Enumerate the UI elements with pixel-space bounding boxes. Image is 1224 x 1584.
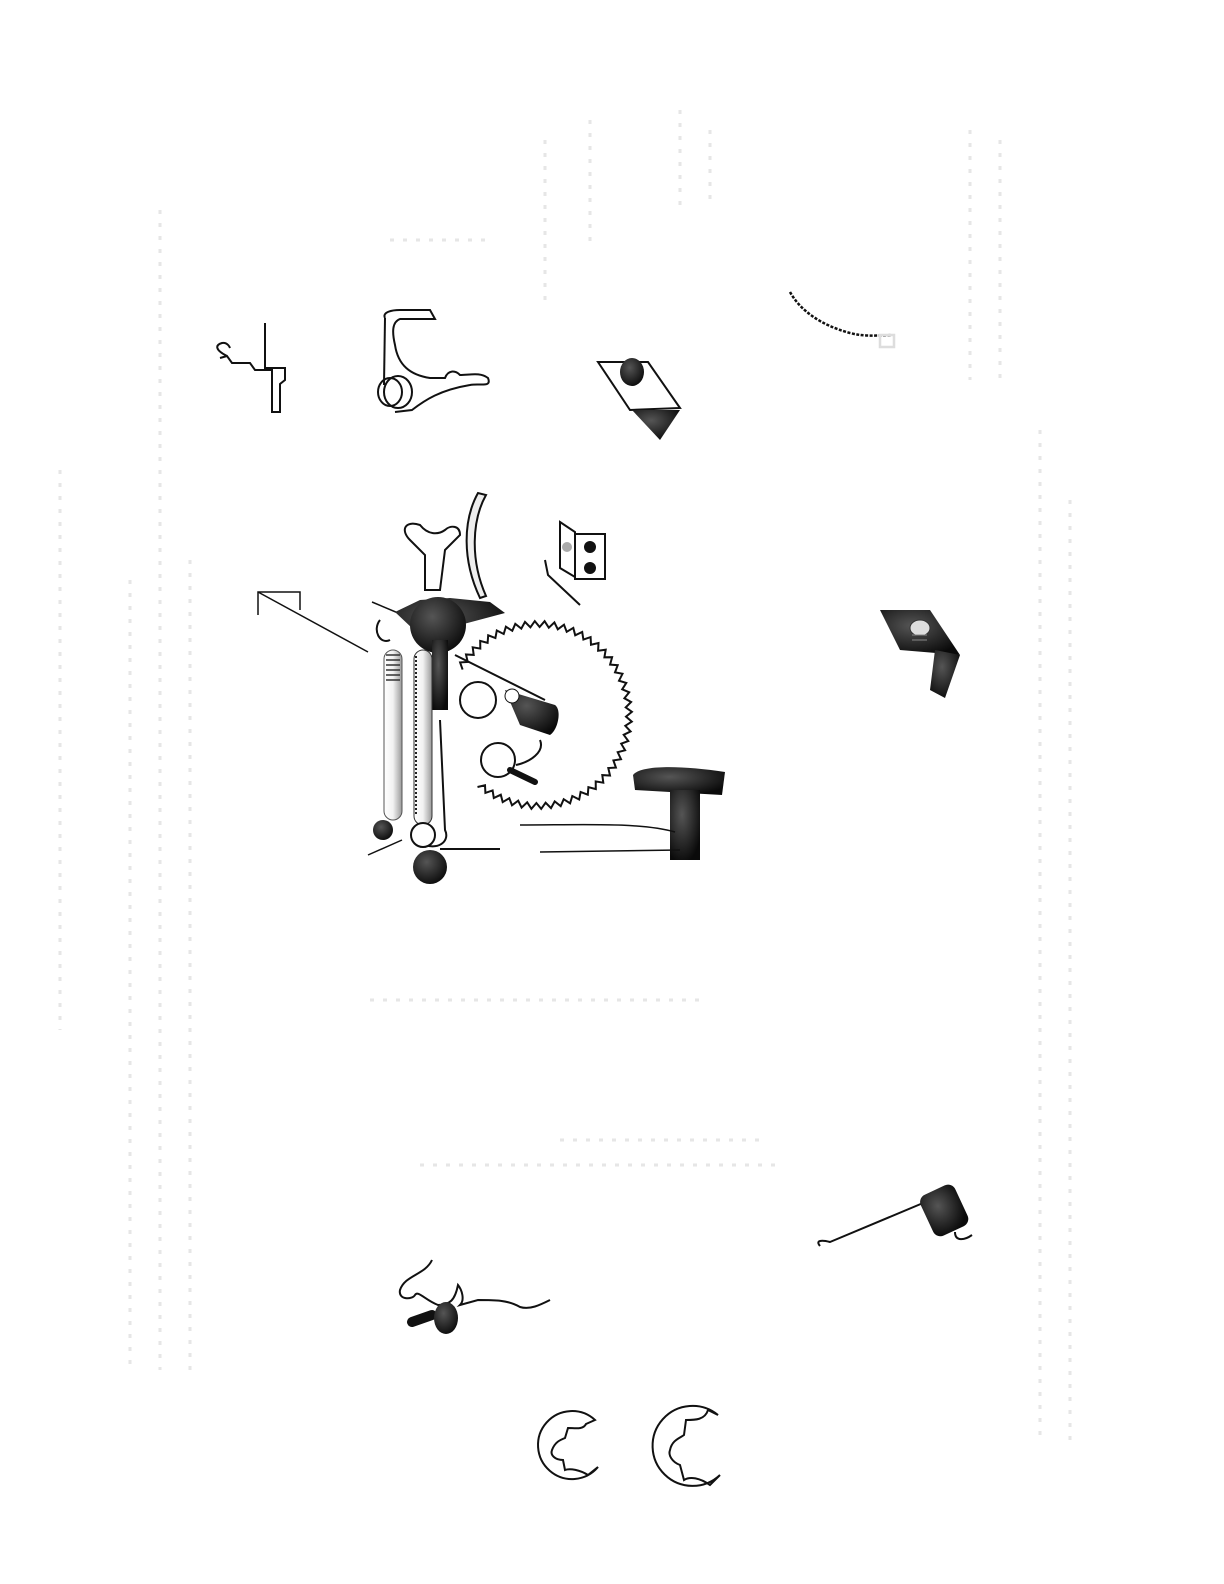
e-ring-large-part <box>653 1406 720 1486</box>
bracket-lever-part <box>378 310 489 412</box>
hole-bracket-part <box>545 522 605 605</box>
main-assembly-part <box>258 493 725 884</box>
tension-spring-part <box>818 1182 972 1246</box>
e-ring-small-part <box>538 1411 598 1479</box>
hook-lever-part <box>217 323 285 412</box>
plate-screw-part <box>880 610 960 698</box>
gear-segment-part <box>790 292 894 347</box>
parts-diagram <box>0 0 1224 1584</box>
plate-stud-part <box>598 358 680 440</box>
pivot-lever-part <box>400 1260 550 1334</box>
